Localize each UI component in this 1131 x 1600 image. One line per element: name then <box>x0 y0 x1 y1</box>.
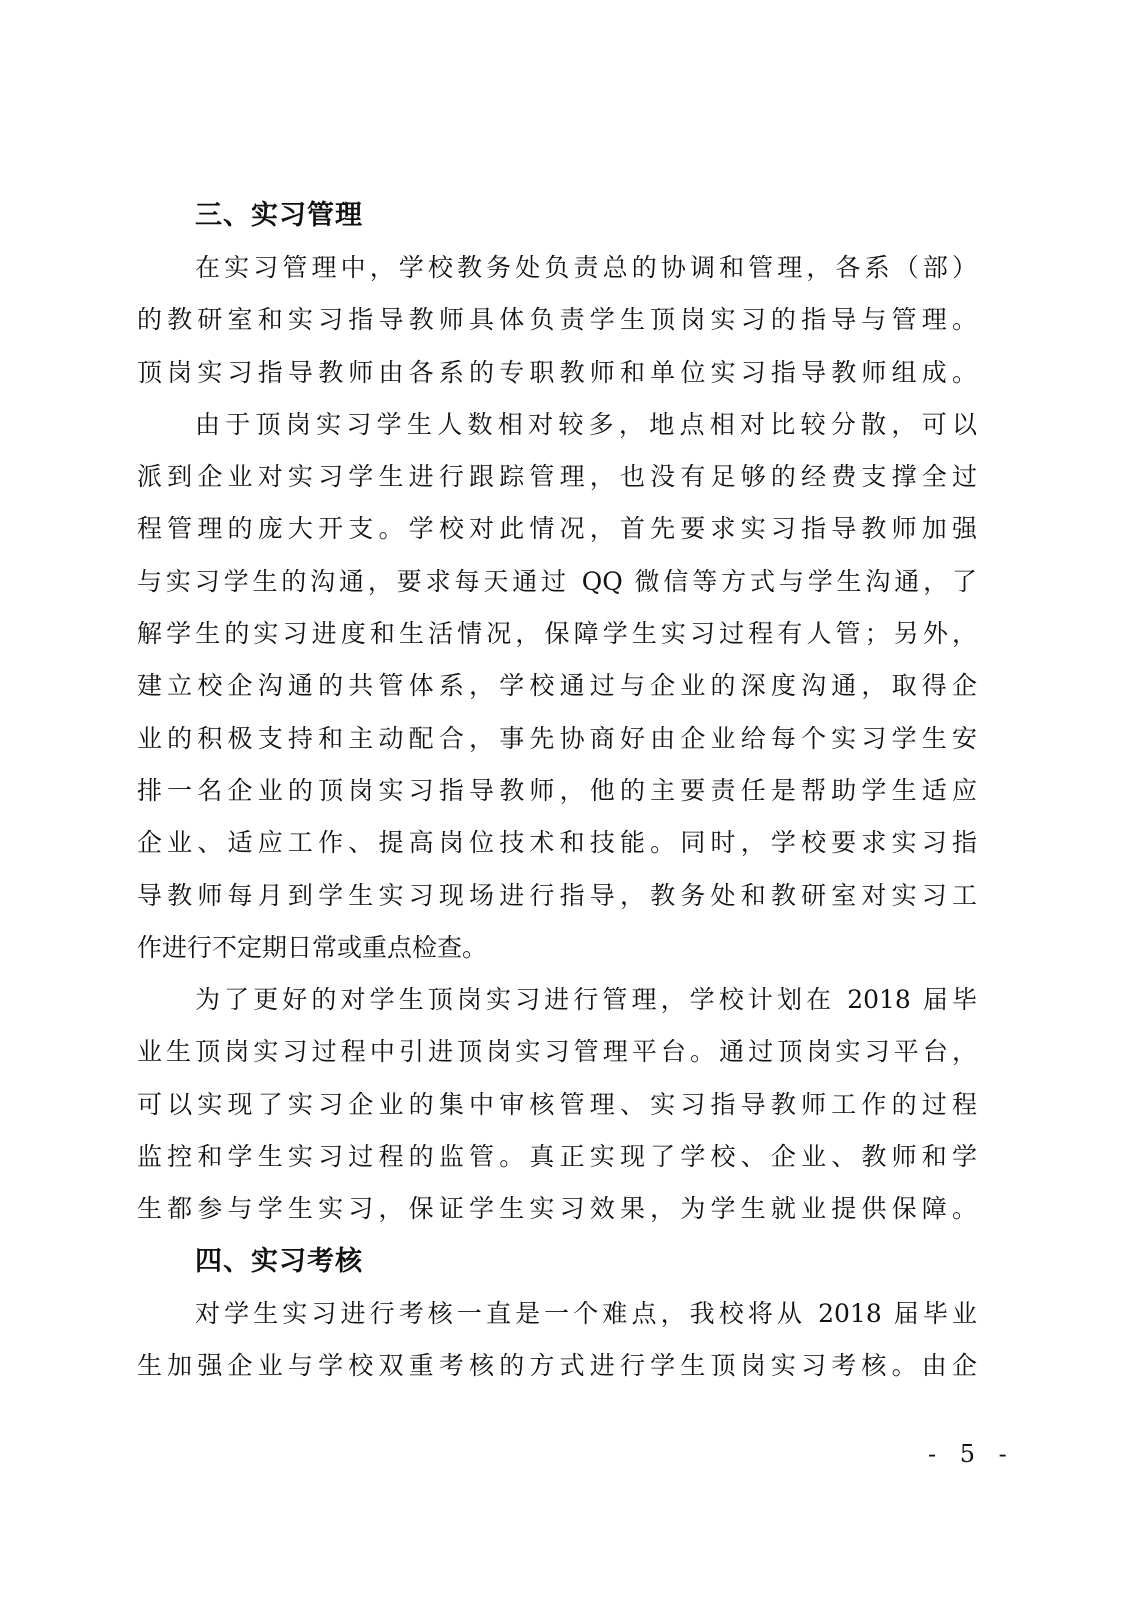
text-line: 业生顶岗实习过程中引进顶岗实习管理平台。通过顶岗实习平台， <box>137 1026 977 1078</box>
text-line: 顶岗实习指导教师由各系的专职教师和单位实习指导教师组成。 <box>137 347 977 399</box>
text-line: 可以实现了实习企业的集中审核管理、实习指导教师工作的过程 <box>137 1079 977 1131</box>
page-number: - 5 - <box>928 1440 1015 1468</box>
section-heading: 三、实习管理 <box>137 190 977 242</box>
text-line: 程管理的庞大开支。学校对此情况，首先要求实习指导教师加强 <box>137 503 977 555</box>
paragraph: 为了更好的对学生顶岗实习进行管理，学校计划在 2018 届毕 业生顶岗实习过程中… <box>137 974 977 1235</box>
text-line: 的教研室和实习指导教师具体负责学生顶岗实习的指导与管理。 <box>137 294 977 346</box>
text-line: 企业、适应工作、提高岗位技术和技能。同时，学校要求实习指 <box>137 817 977 869</box>
text-line: 排一名企业的顶岗实习指导教师，他的主要责任是帮助学生适应 <box>137 765 977 817</box>
paragraph: 在实习管理中，学校教务处负责总的协调和管理，各系（部） 的教研室和实习指导教师具… <box>137 242 977 399</box>
text-line: 生加强企业与学校双重考核的方式进行学生顶岗实习考核。由企 <box>137 1340 977 1392</box>
text-line: 生都参与学生实习，保证学生实习效果，为学生就业提供保障。 <box>137 1183 977 1235</box>
section-heading: 四、实习考核 <box>137 1236 977 1288</box>
paragraph: 对学生实习进行考核一直是一个难点，我校将从 2018 届毕业 生加强企业与学校双… <box>137 1288 977 1393</box>
paragraph: 由于顶岗实习学生人数相对较多，地点相对比较分散，可以 派到企业对实习学生进行跟踪… <box>137 399 977 974</box>
text-line: 由于顶岗实习学生人数相对较多，地点相对比较分散，可以 <box>137 399 977 451</box>
text-line: 作进行不定期日常或重点检查。 <box>137 922 977 974</box>
document-page: 三、实习管理 在实习管理中，学校教务处负责总的协调和管理，各系（部） 的教研室和… <box>137 190 977 1392</box>
text-line: 为了更好的对学生顶岗实习进行管理，学校计划在 2018 届毕 <box>137 974 977 1026</box>
text-line: 解学生的实习进度和生活情况，保障学生实习过程有人管；另外， <box>137 608 977 660</box>
text-line: 监控和学生实习过程的监管。真正实现了学校、企业、教师和学 <box>137 1131 977 1183</box>
text-line: 建立校企沟通的共管体系，学校通过与企业的深度沟通，取得企 <box>137 660 977 712</box>
text-line: 派到企业对实习学生进行跟踪管理，也没有足够的经费支撑全过 <box>137 451 977 503</box>
text-line: 导教师每月到学生实习现场进行指导，教务处和教研室对实习工 <box>137 870 977 922</box>
text-line: 在实习管理中，学校教务处负责总的协调和管理，各系（部） <box>137 242 977 294</box>
text-line: 与实习学生的沟通，要求每天通过 QQ 微信等方式与学生沟通，了 <box>137 556 977 608</box>
text-line: 业的积极支持和主动配合，事先协商好由企业给每个实习学生安 <box>137 713 977 765</box>
text-line: 对学生实习进行考核一直是一个难点，我校将从 2018 届毕业 <box>137 1288 977 1340</box>
